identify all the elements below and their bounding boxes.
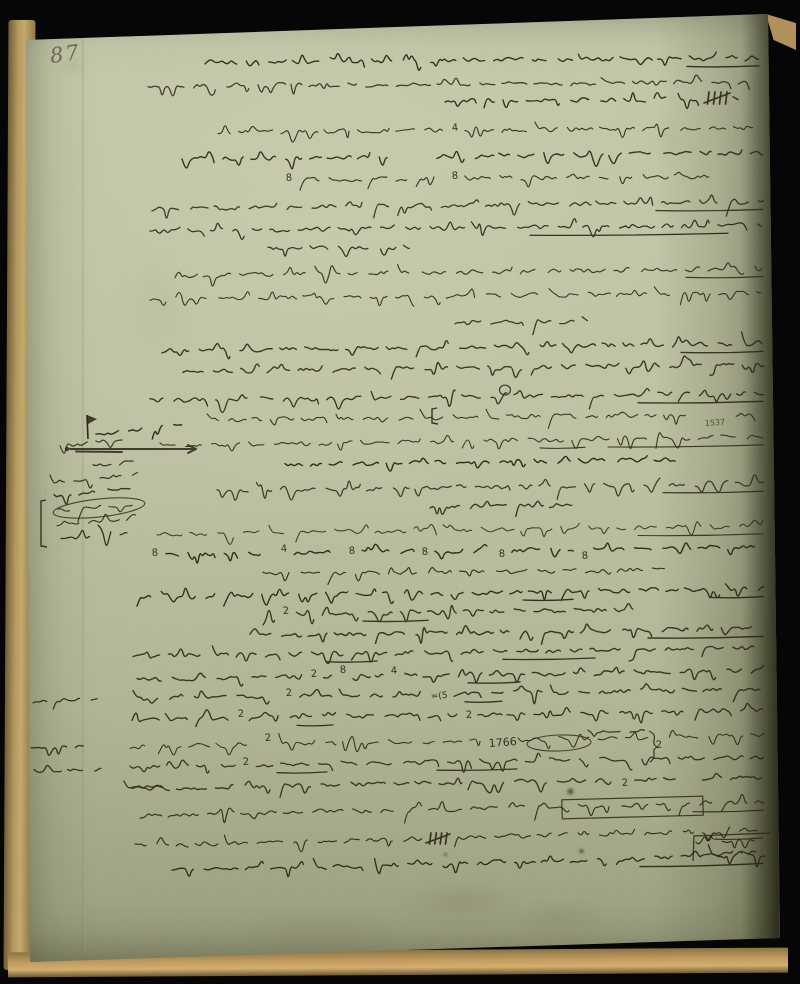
numeral-token: 2	[465, 710, 472, 721]
numeral-token: 4	[451, 123, 458, 134]
numeral-token: 8	[421, 547, 428, 558]
numeral-token: 8	[581, 551, 588, 562]
numeral-token: 4	[390, 666, 397, 677]
numeral-token: 8	[285, 173, 292, 184]
photo-backdrop: 87 488153784888822842=(52221766222	[0, 0, 800, 984]
manuscript-ink-layer: 488153784888822842=(52221766222	[0, 0, 800, 984]
numeral-token: 1537	[705, 418, 726, 428]
numeral-token: 8	[451, 171, 458, 182]
arrow-mark	[65, 447, 69, 451]
numeral-token: 8	[151, 548, 158, 559]
numeral-token: 8	[348, 546, 355, 557]
numeral-token: 2	[655, 740, 662, 751]
numeral-token: =(5	[431, 691, 448, 702]
numeral-token: 2	[264, 733, 271, 744]
numeral-token: 2	[242, 757, 249, 768]
numeral-token: 2	[282, 606, 289, 617]
numeral-token: 2	[285, 688, 292, 699]
paper-grain	[0, 0, 800, 984]
numeral-token: 8	[339, 665, 346, 676]
numeral-token: 2	[310, 669, 317, 680]
numeral-token: 4	[280, 544, 287, 555]
numeral-token: 8	[498, 549, 505, 560]
numeral-token: 2	[621, 778, 628, 789]
numeral-token: 2	[237, 709, 244, 720]
numeral-token: 1766	[488, 735, 517, 750]
